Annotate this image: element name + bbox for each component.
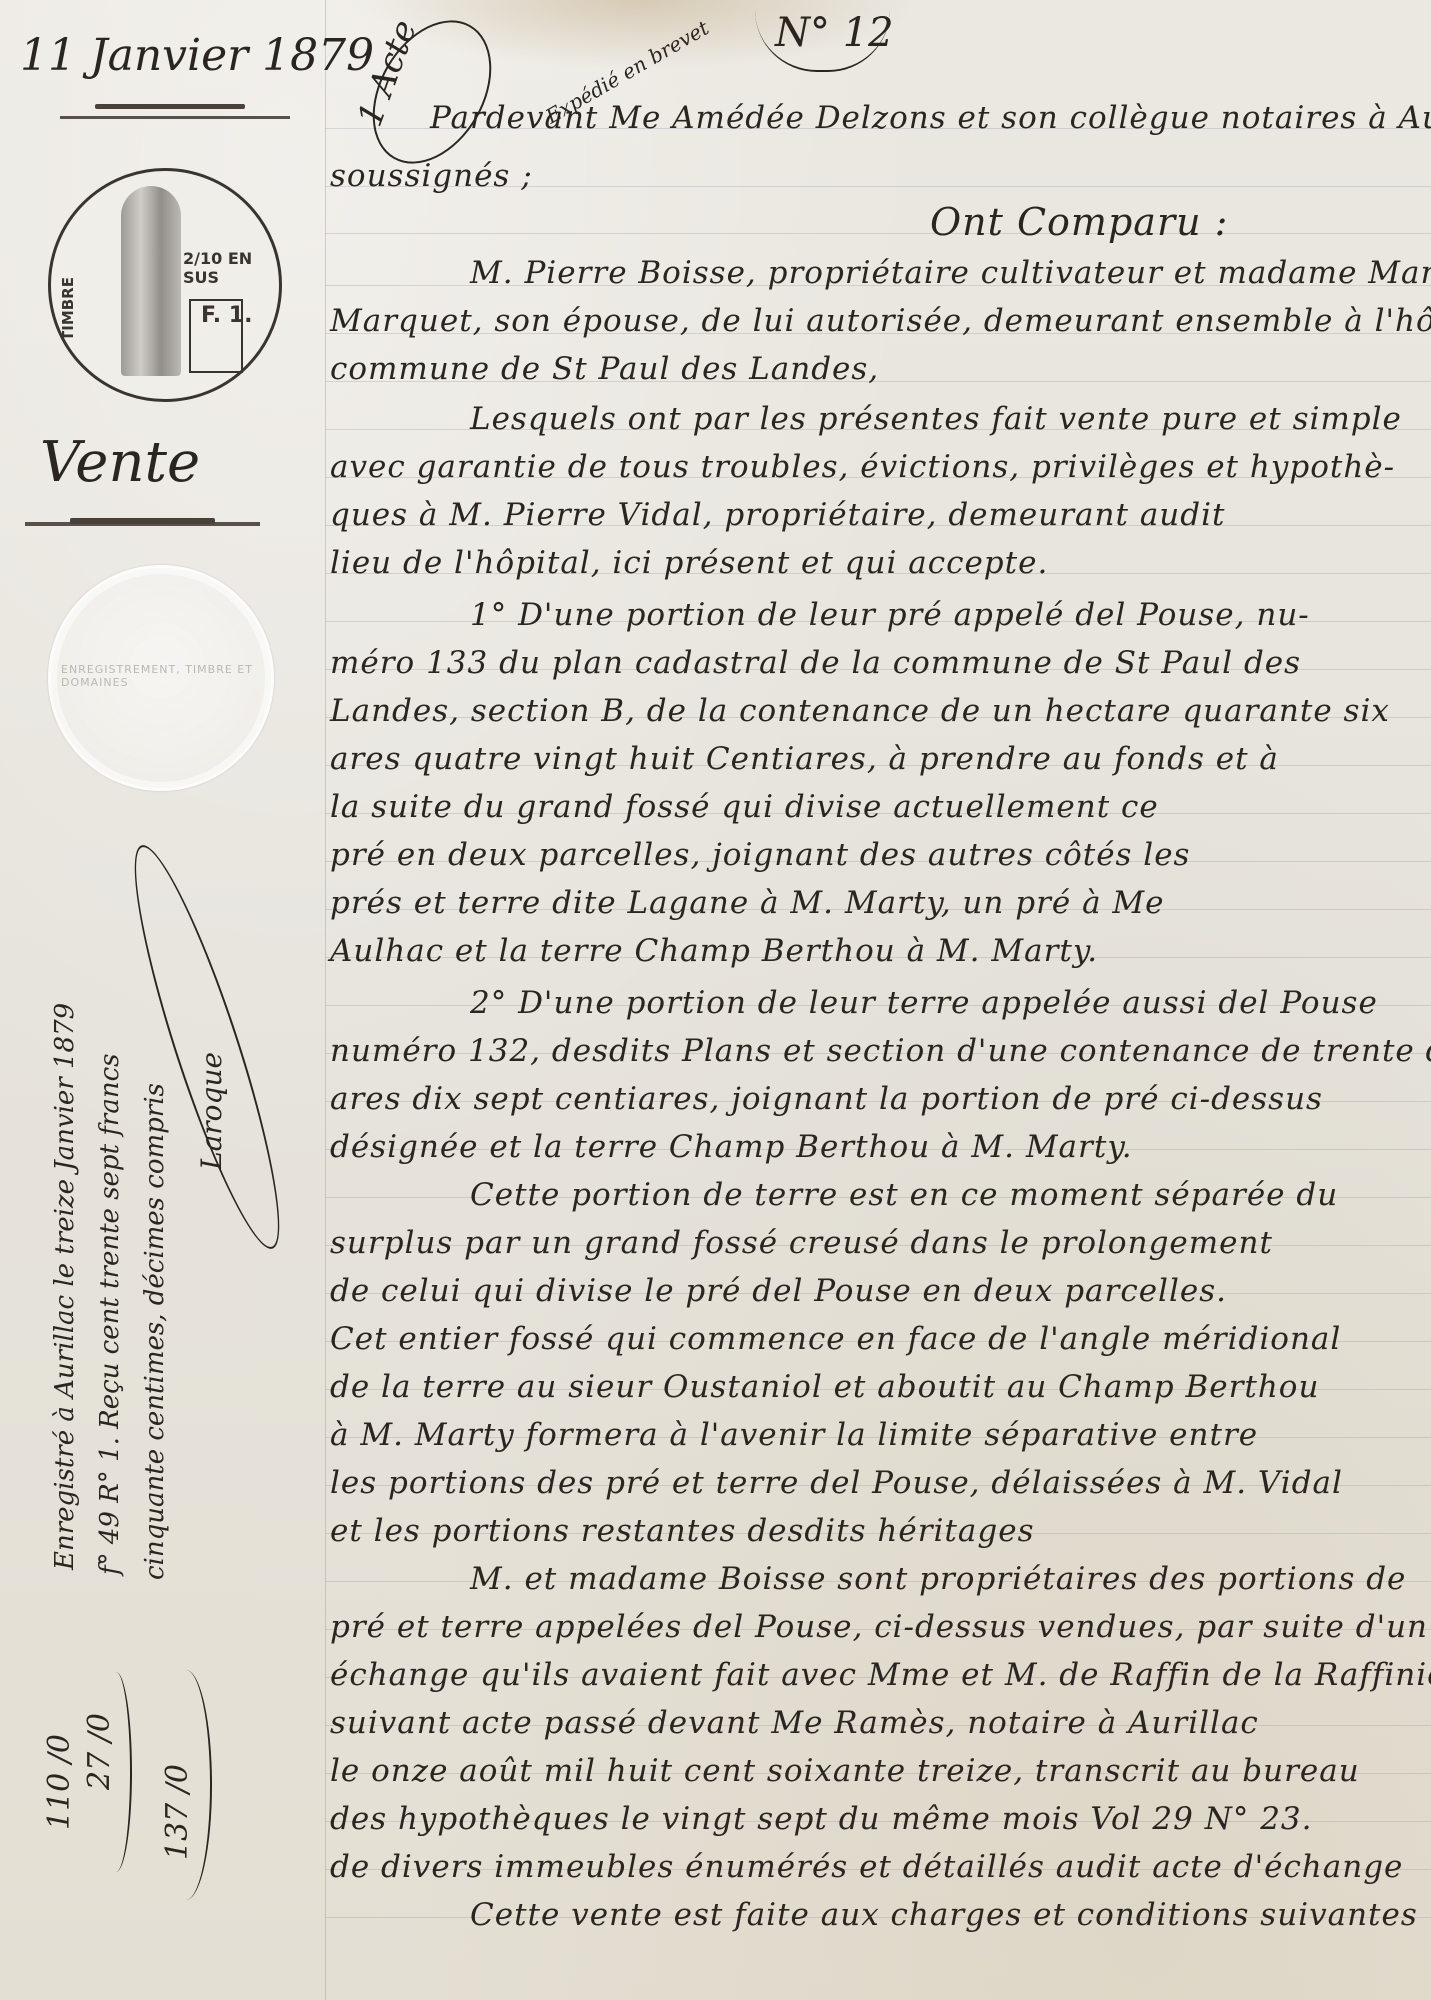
body-line: Pardevant Me Amédée Delzons et son collè…	[430, 100, 1431, 136]
body-line: numéro 132, desdits Plans et section d'u…	[330, 1033, 1431, 1069]
body-line: Marquet, son épouse, de lui autorisée, d…	[330, 303, 1431, 339]
margin-title: Vente	[40, 430, 200, 495]
deed-date: 11 Janvier 1879	[20, 30, 374, 81]
ruled-line	[325, 233, 1431, 234]
body-line: 2° D'une portion de leur terre appelée a…	[470, 985, 1378, 1021]
registration-note-line-3: cinquante centimes, décimes compris	[140, 1083, 170, 1580]
fee-total-bracket	[160, 1670, 212, 1900]
revenue-stamp: TIMBRE 2/10 EN SUS F. 1.	[48, 168, 282, 402]
fee-amount-1: 110 /0	[42, 1734, 77, 1830]
body-line: ares quatre vingt huit Centiares, à pren…	[330, 741, 1279, 777]
registration-note-line-2: f° 49 R° 1. Reçu cent trente sept francs	[95, 1054, 125, 1576]
body-line: à M. Marty formera à l'avenir la limite …	[330, 1417, 1258, 1453]
body-line: et les portions restantes desdits hérita…	[330, 1513, 1034, 1549]
body-line: Lesquels ont par les présentes fait vent…	[470, 401, 1402, 437]
body-line: de la terre au sieur Oustaniol et abouti…	[330, 1369, 1319, 1405]
stamp-surcharge: 2/10 EN SUS	[183, 249, 263, 287]
receiver-signature: Laroque	[195, 1052, 228, 1170]
body-line: lieu de l'hôpital, ici présent et qui ac…	[330, 545, 1048, 581]
body-line: ques à M. Pierre Vidal, propriétaire, de…	[330, 497, 1225, 533]
document-page: 11 Janvier 1879 1 Acte Expédié en brevet…	[0, 0, 1431, 2000]
body-line: Cette vente est faite aux charges et con…	[470, 1897, 1418, 1933]
deed-number-text: N° 12	[775, 10, 894, 56]
body-line: pré et terre appelées del Pouse, ci-dess…	[330, 1609, 1428, 1645]
body-line: Landes, section B, de la contenance de u…	[330, 693, 1390, 729]
date-underline-thin	[60, 116, 290, 119]
body-line: pré en deux parcelles, joignant des autr…	[330, 837, 1190, 873]
body-line: le onze août mil huit cent soixante trei…	[330, 1753, 1360, 1789]
body-line: de celui qui divise le pré del Pouse en …	[330, 1273, 1227, 1309]
body-line: ares dix sept centiares, joignant la por…	[330, 1081, 1323, 1117]
body-line: les portions des pré et terre del Pouse,…	[330, 1465, 1343, 1501]
body-line: commune de St Paul des Landes,	[330, 351, 879, 387]
body-line: surplus par un grand fossé creusé dans l…	[330, 1225, 1273, 1261]
registration-note-line-1: Enregistré à Aurillac le treize Janvier …	[50, 1003, 80, 1570]
justice-figure-icon	[121, 186, 181, 376]
body-line: la suite du grand fossé qui divise actue…	[330, 789, 1159, 825]
body-line: M. et madame Boisse sont propriétaires d…	[470, 1561, 1406, 1597]
body-line: méro 133 du plan cadastral de la commune…	[330, 645, 1301, 681]
body-line: M. Pierre Boisse, propriétaire cultivate…	[470, 255, 1431, 291]
section-heading-comparu: Ont Comparu :	[930, 200, 1228, 244]
body-line: de divers immeubles énumérés et détaillé…	[330, 1849, 1403, 1885]
body-line: Cet entier fossé qui commence en face de…	[330, 1321, 1341, 1357]
title-underline-thick	[70, 518, 215, 524]
embossed-seal: ENREGISTREMENT, TIMBRE ET DOMAINES	[48, 565, 274, 791]
body-line: Cette portion de terre est en ce moment …	[470, 1177, 1338, 1213]
body-line: prés et terre dite Lagane à M. Marty, un…	[330, 885, 1165, 921]
body-line: 1° D'une portion de leur pré appelé del …	[470, 597, 1310, 633]
stamp-label: TIMBRE	[59, 277, 77, 341]
body-line: échange qu'ils avaient fait avec Mme et …	[330, 1657, 1431, 1693]
body-line: suivant acte passé devant Me Ramès, nota…	[330, 1705, 1259, 1741]
margin-rule	[325, 0, 326, 2000]
body-line: désignée et la terre Champ Berthou à M. …	[330, 1129, 1133, 1165]
body-line: avec garantie de tous troubles, éviction…	[330, 449, 1395, 485]
fee-sum-bracket	[100, 1672, 132, 1872]
body-line: des hypothèques le vingt sept du même mo…	[330, 1801, 1313, 1837]
embossed-seal-text: ENREGISTREMENT, TIMBRE ET DOMAINES	[61, 663, 271, 689]
stamp-price: F. 1.	[201, 303, 252, 328]
body-line: soussignés ;	[330, 158, 533, 194]
body-line: Aulhac et la terre Champ Berthou à M. Ma…	[330, 933, 1098, 969]
date-underline-thick	[95, 104, 245, 109]
